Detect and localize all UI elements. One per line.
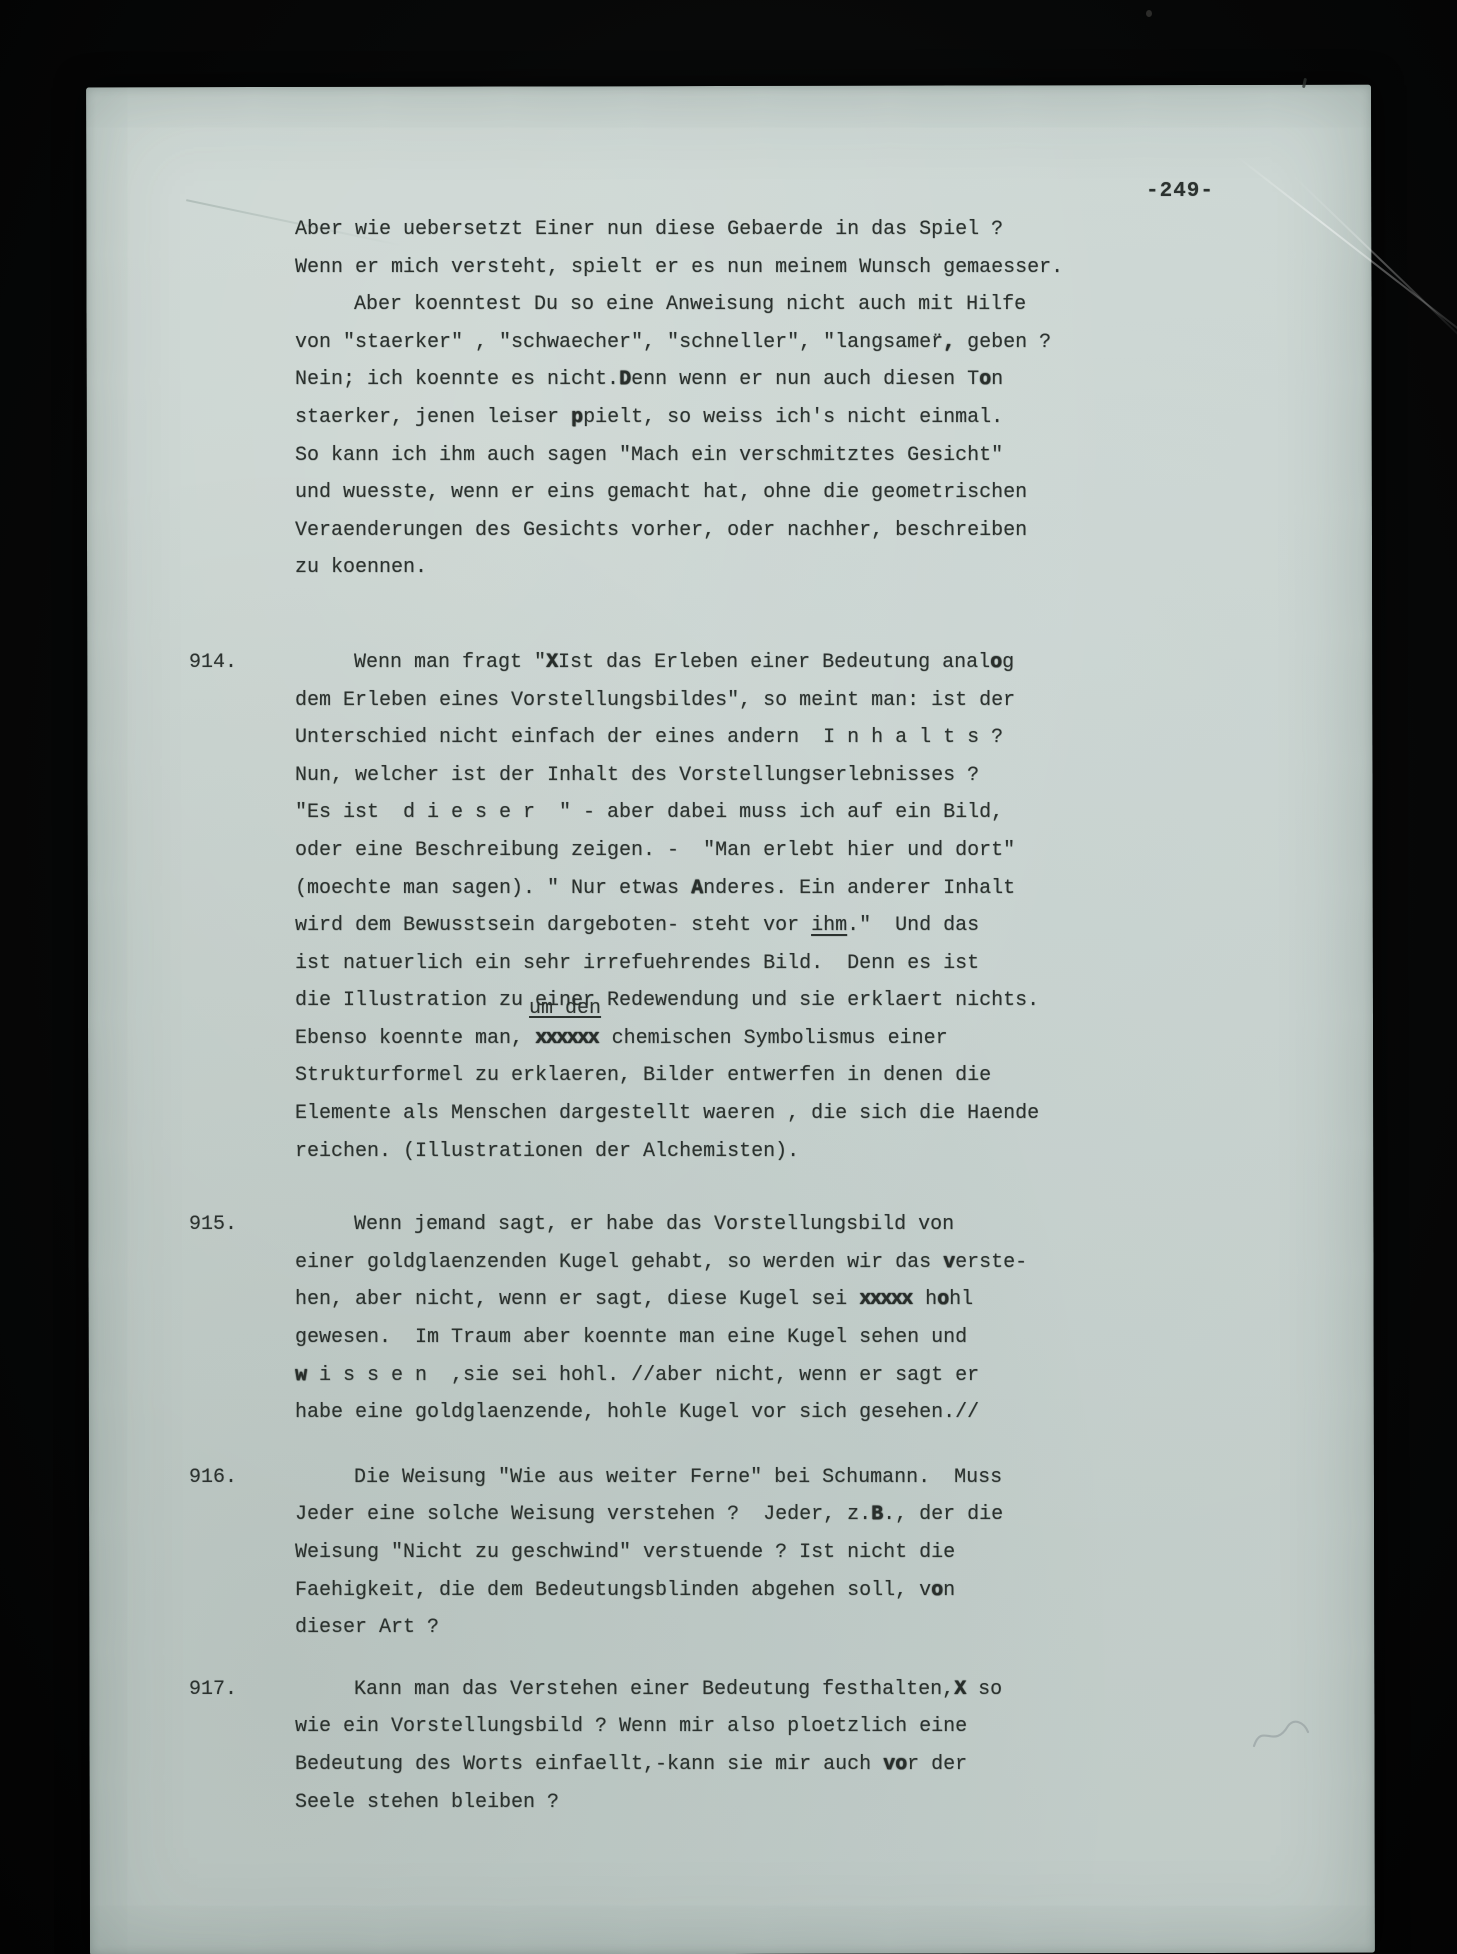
text-line: Seele stehen bleiben ? [295, 1784, 1125, 1822]
text-line: Elemente als Menschen dargestellt waeren… [295, 1095, 1125, 1133]
page-number: -249- [1146, 180, 1214, 203]
text-line: Jeder eine solche Weisung verstehen ? Je… [295, 1496, 1125, 1534]
text-line: dem Erleben eines Vorstellungsbildes", s… [295, 682, 1125, 720]
text-line: Ebenso koennte man, xxxxxxum den chemisc… [295, 1020, 1125, 1058]
text-line: hen, aber nicht, wenn er sagt, diese Kug… [295, 1281, 1125, 1319]
text-line: wird dem Bewusstsein dargeboten- steht v… [295, 907, 1125, 945]
text-line: (moechte man sagen). " Nur etwas Anderes… [295, 870, 1125, 908]
text-line: ist natuerlich ein sehr irrefuehrendes B… [295, 945, 1125, 983]
paragraph: 916.Die Weisung "Wie aus weiter Ferne" b… [295, 1459, 1125, 1647]
paragraph-number: 915. [189, 1206, 237, 1244]
text-line: Aber koenntest Du so eine Anweisung nich… [295, 286, 1125, 324]
text-line: Weisung "Nicht zu geschwind" verstuende … [295, 1534, 1125, 1572]
paragraph-number: 914. [189, 644, 237, 682]
text-line: von "staerker" , "schwaecher", "schnelle… [295, 324, 1125, 362]
text-line: So kann ich ihm auch sagen "Mach ein ver… [295, 437, 1125, 475]
text-line: Unterschied nicht einfach der eines ande… [295, 719, 1125, 757]
text-line: Faehigkeit, die dem Bedeutungsblinden ab… [295, 1572, 1125, 1610]
text-line: Veraenderungen des Gesichts vorher, oder… [295, 512, 1125, 550]
text-line: wie ein Vorstellungsbild ? Wenn mir also… [295, 1708, 1125, 1746]
text-line: gewesen. Im Traum aber koennte man eine … [295, 1319, 1125, 1357]
text-line: einer goldglaenzenden Kugel gehabt, so w… [295, 1244, 1125, 1282]
text-line: Nun, welcher ist der Inhalt des Vorstell… [295, 757, 1125, 795]
text-line: oder eine Beschreibung zeigen. - "Man er… [295, 832, 1125, 870]
text-line: staerker, jenen leiser ppielt, so weiss … [295, 399, 1125, 437]
text-line: habe eine goldglaenzende, hohle Kugel vo… [295, 1394, 1125, 1432]
text-line: Wenn er mich versteht, spielt er es nun … [295, 249, 1125, 287]
document-body: Aber wie uebersetzt Einer nun diese Geba… [295, 211, 1125, 1821]
text-line: Aber wie uebersetzt Einer nun diese Geba… [295, 211, 1125, 249]
text-line: die Illustration zu einer Redewendung un… [295, 982, 1125, 1020]
text-line: w i s s e n ,sie sei hohl. //aber nicht,… [295, 1357, 1125, 1395]
paragraph: 917.Kann man das Verstehen einer Bedeutu… [295, 1671, 1125, 1821]
text-line: Wenn man fragt "XIst das Erleben einer B… [295, 644, 1125, 682]
text-line: Kann man das Verstehen einer Bedeutung f… [295, 1671, 1125, 1709]
paragraph: Aber wie uebersetzt Einer nun diese Geba… [295, 211, 1125, 587]
text-line: dieser Art ? [295, 1609, 1125, 1647]
text-line: Nein; ich koennte es nicht.Denn wenn er … [295, 361, 1125, 399]
inserted-correction: um den [529, 997, 601, 1021]
text-line: Wenn jemand sagt, er habe das Vorstellun… [295, 1206, 1125, 1244]
text-line: zu koennen. [295, 549, 1125, 587]
text-line: Die Weisung "Wie aus weiter Ferne" bei S… [295, 1459, 1125, 1497]
page-content: -249- Aber wie uebersetzt Einer nun dies… [0, 0, 1457, 1954]
paragraph: 915.Wenn jemand sagt, er habe das Vorste… [295, 1206, 1125, 1432]
scanned-page: -249- Aber wie uebersetzt Einer nun dies… [0, 0, 1457, 1954]
text-line: reichen. (Illustrationen der Alchemisten… [295, 1133, 1125, 1171]
paragraph: 914.Wenn man fragt "XIst das Erleben ein… [295, 644, 1125, 1170]
text-line: und wuesste, wenn er eins gemacht hat, o… [295, 474, 1125, 512]
paragraph-number: 916. [189, 1459, 237, 1497]
text-line: "Es ist d i e s e r " - aber dabei muss … [295, 794, 1125, 832]
text-line: Strukturformel zu erklaeren, Bilder entw… [295, 1057, 1125, 1095]
text-line: Bedeutung des Worts einfaellt,-kann sie … [295, 1746, 1125, 1784]
paragraph-number: 917. [189, 1671, 237, 1709]
